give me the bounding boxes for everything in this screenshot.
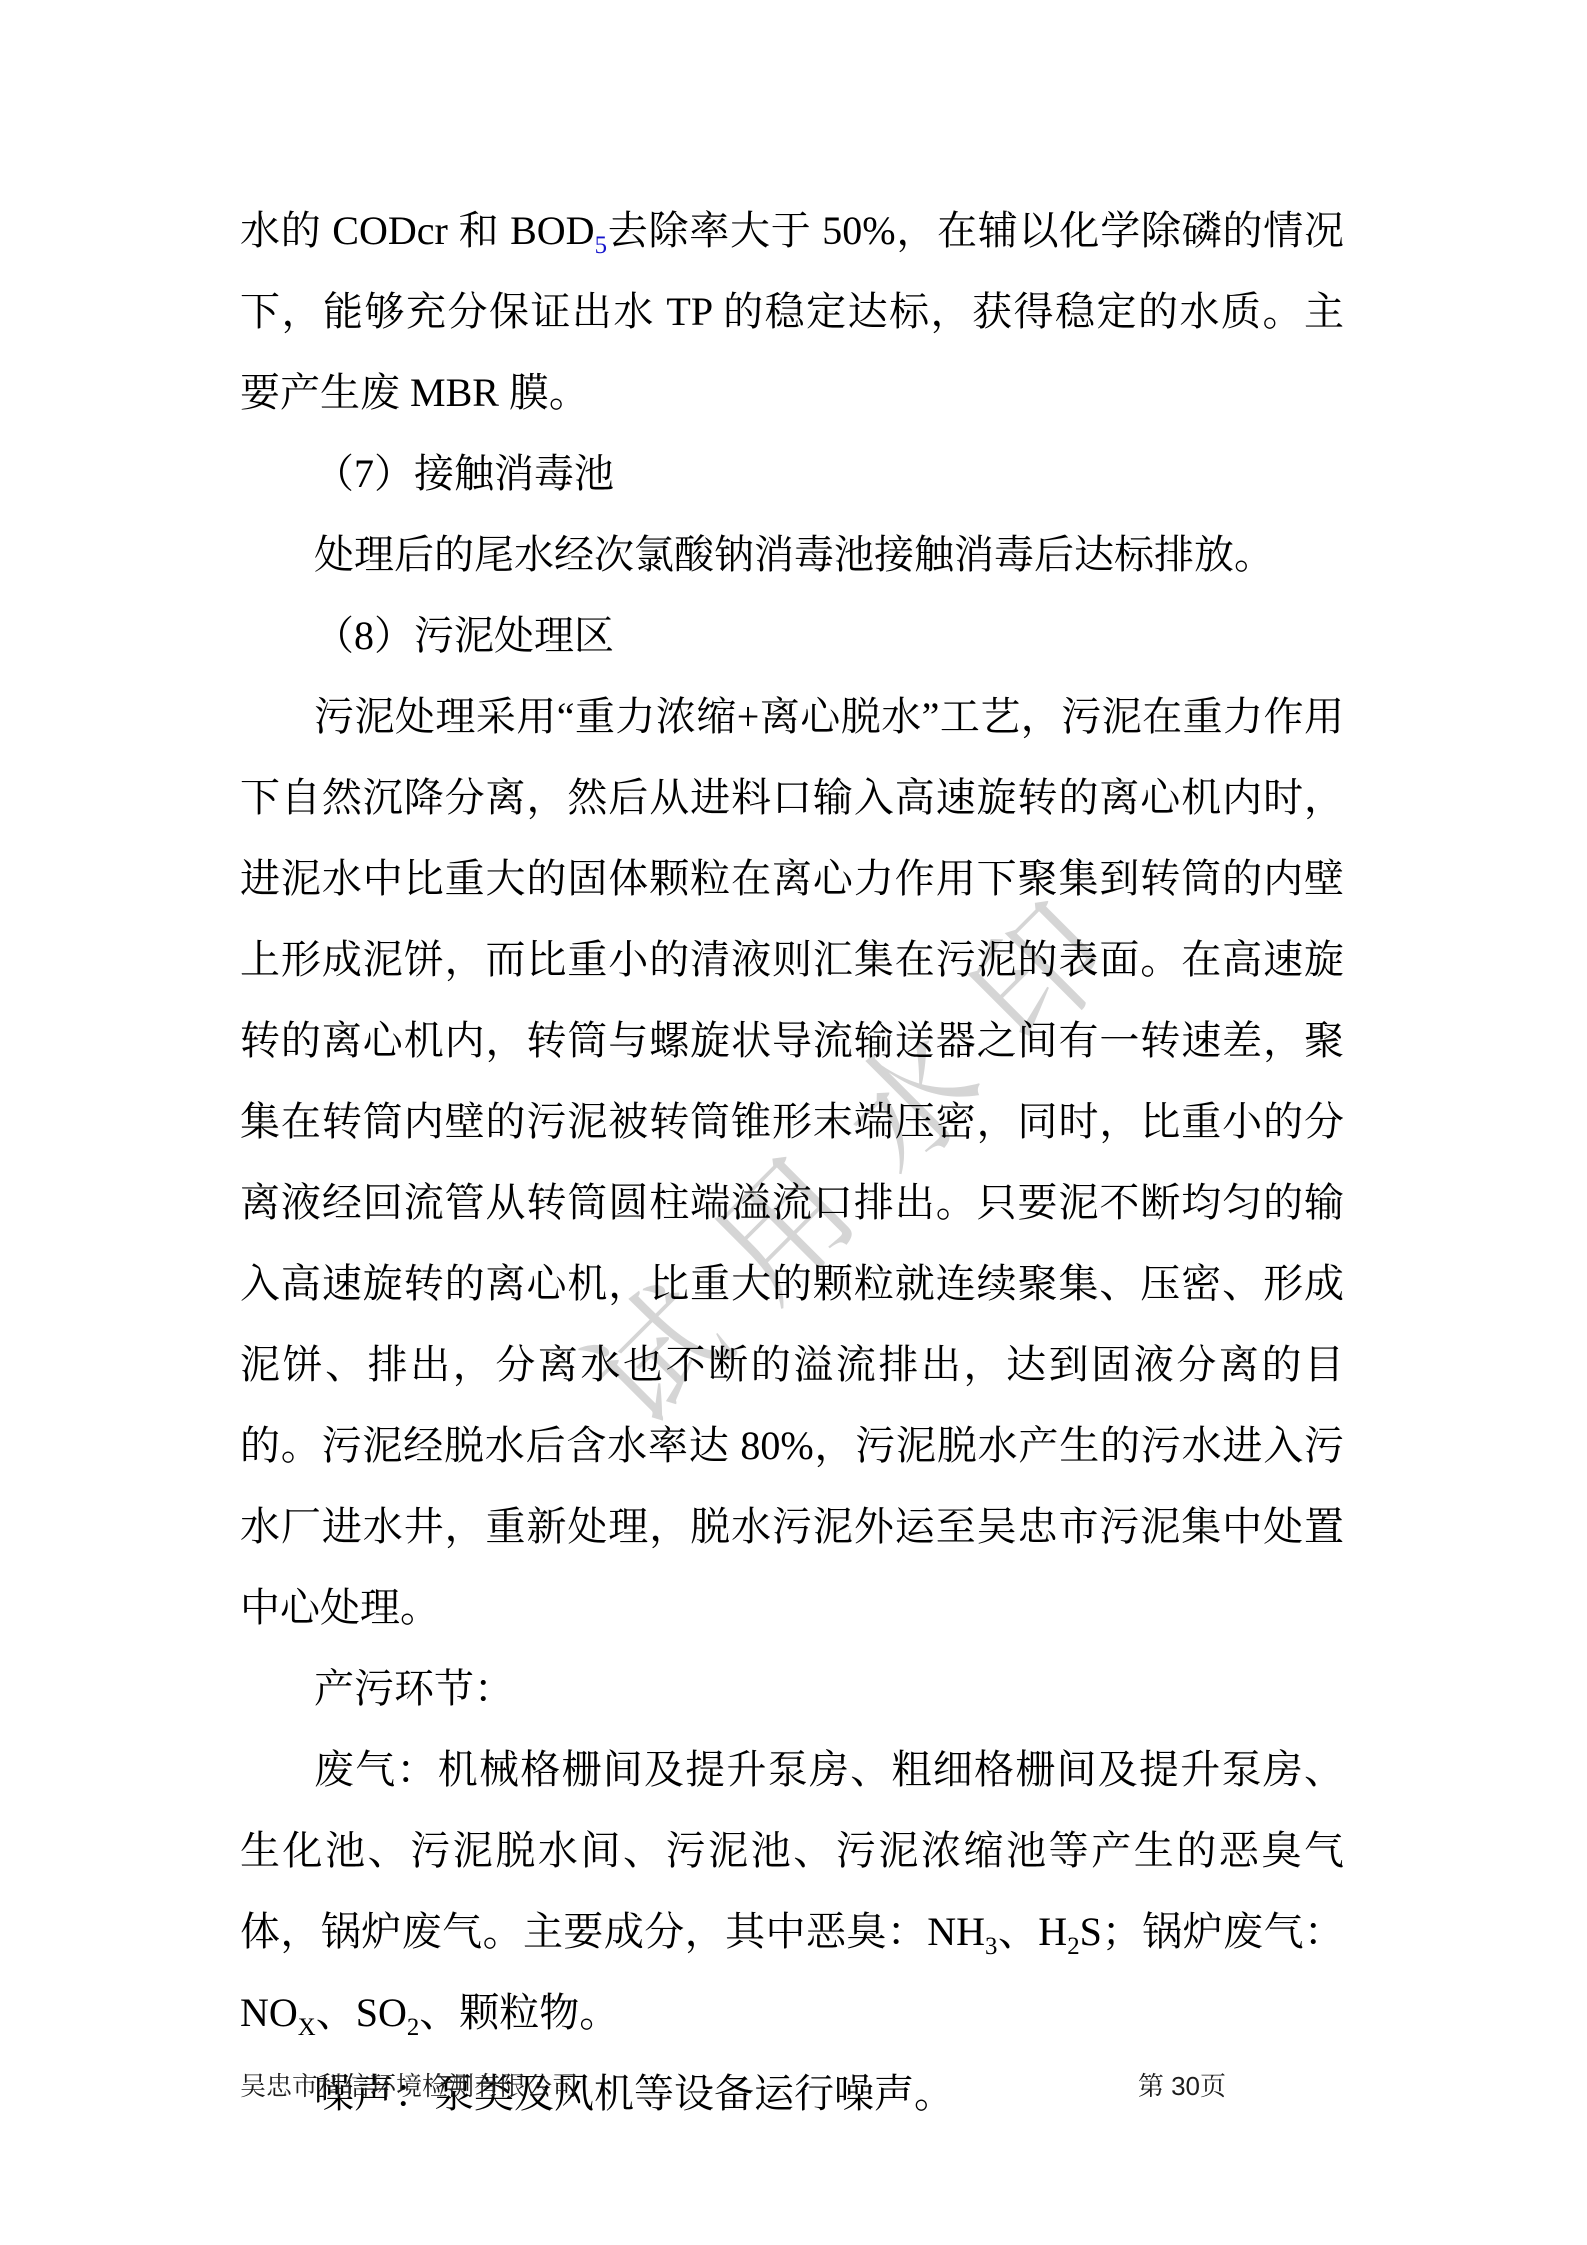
text-segment: （8）污泥处理区 bbox=[314, 613, 614, 658]
text-segment: 水的 CODcr 和 BOD bbox=[240, 208, 595, 253]
footer-company-name: 吴忠市科信环境检测有限公司 bbox=[240, 2066, 578, 2103]
para-waste-gas: 废气：机械格栅间及提升泵房、粗细格栅间及提升泵房、生化池、污泥脱水间、污泥池、污… bbox=[240, 1729, 1344, 2053]
page-footer: 吴忠市科信环境检测有限公司 第 30页 bbox=[240, 2066, 1344, 2103]
text-segment: 、颗粒物。 bbox=[419, 1990, 619, 2035]
text-segment: 处理后的尾水经次氯酸钠消毒池接触消毒后达标排放。 bbox=[314, 532, 1274, 577]
para-sludge-treatment: 污泥处理采用“重力浓缩+离心脱水”工艺，污泥在重力作用下自然沉降分离，然后从进料… bbox=[240, 676, 1344, 1648]
para-pollution-producing-links: 产污环节： bbox=[240, 1648, 1344, 1729]
para-disinfection: 处理后的尾水经次氯酸钠消毒池接触消毒后达标排放。 bbox=[240, 514, 1344, 595]
subscript-text: 3 bbox=[985, 1933, 997, 1960]
subscript-text: 5 bbox=[595, 232, 607, 259]
subscript-text: 2 bbox=[1067, 1933, 1079, 1960]
text-segment: 产污环节： bbox=[314, 1666, 514, 1711]
subscript-text: X bbox=[298, 2014, 316, 2041]
heading-contact-disinfection-tank: （7）接触消毒池 bbox=[240, 433, 1344, 514]
text-segment: 、H bbox=[997, 1909, 1067, 1954]
document-body: 水的 CODcr 和 BOD5去除率大于 50%，在辅以化学除磷的情况下，能够充… bbox=[240, 190, 1344, 2134]
para-continuation-mbr: 水的 CODcr 和 BOD5去除率大于 50%，在辅以化学除磷的情况下，能够充… bbox=[240, 190, 1344, 433]
footer-page-number: 第 30页 bbox=[1138, 2066, 1226, 2103]
subscript-text: 2 bbox=[407, 2014, 419, 2041]
text-segment: 、SO bbox=[316, 1990, 407, 2035]
text-segment: （7）接触消毒池 bbox=[314, 451, 614, 496]
text-segment: 污泥处理采用“重力浓缩+离心脱水”工艺，污泥在重力作用下自然沉降分离，然后从进料… bbox=[240, 694, 1344, 1630]
document-page: 试用水印 水的 CODcr 和 BOD5去除率大于 50%，在辅以化学除磷的情况… bbox=[0, 0, 1587, 2245]
heading-sludge-treatment-area: （8）污泥处理区 bbox=[240, 595, 1344, 676]
